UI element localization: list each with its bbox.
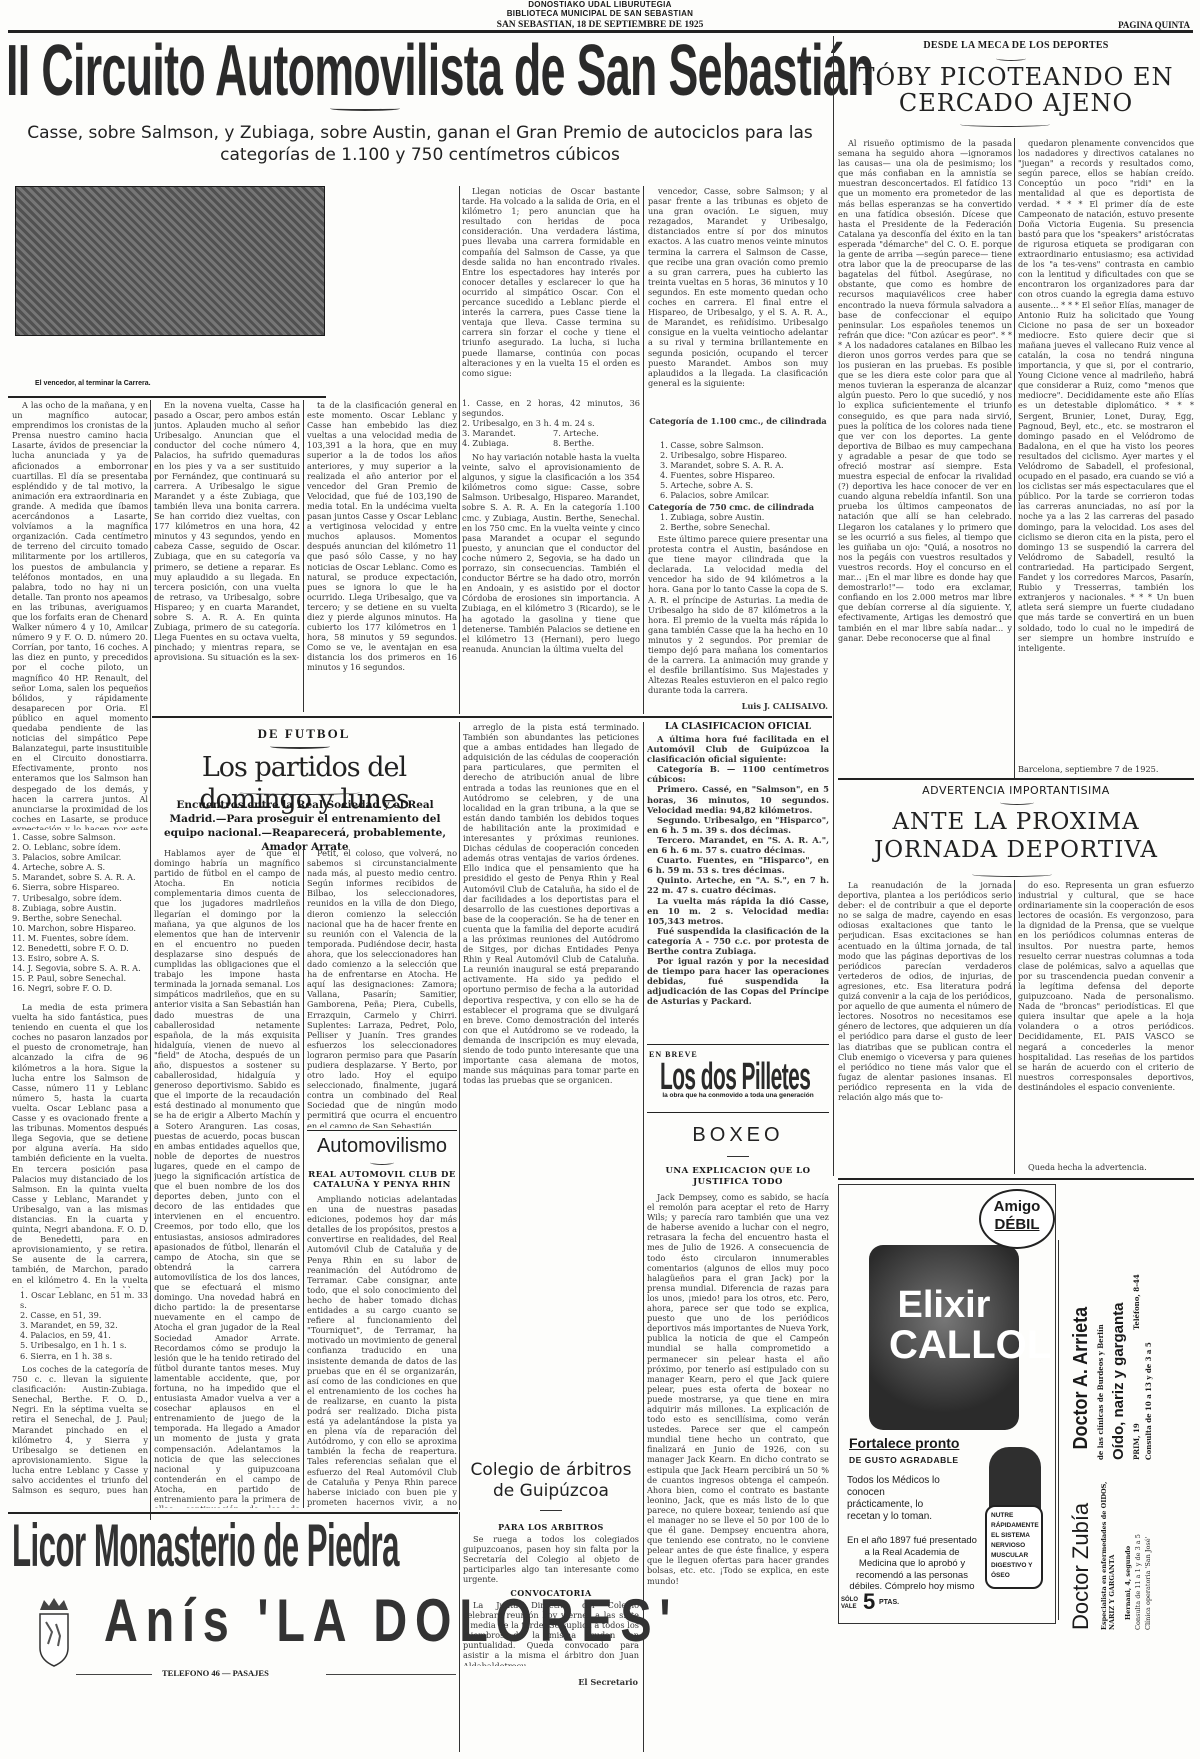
section-rule: [8, 396, 326, 398]
ornament-divider: [330, 106, 400, 111]
list-item: 7. Uribesalgo, sobre ídem.: [12, 893, 148, 903]
column-divider: [150, 400, 151, 1520]
list-item: 1. Oscar Leblanc, en 51 m. 33 s.: [20, 1290, 148, 1310]
column-divider: [303, 848, 304, 1508]
ad-rule: [326, 1674, 456, 1675]
list-item: 6. Sierra, sobre Hispareo.: [12, 882, 148, 892]
doctor-zubia-name: Doctor Zubía: [1068, 1480, 1094, 1630]
article-text: En la novena vuelta, Casse ha pasado a O…: [154, 400, 300, 662]
list-item: 9. Berthe, sobre Senechal.: [12, 913, 148, 923]
ornament-divider: [240, 790, 360, 795]
clasificacion-title: LA CLASIFICACION OFICIAL: [647, 722, 829, 732]
section-rule: [307, 1130, 457, 1131]
article-text: La reanudación de la jornada deportiva, …: [838, 880, 1012, 1102]
article-text: Por igual razón y por la necesidad de ti…: [647, 956, 829, 1006]
circuito-headline: II Circuito Automovilista de San Sebasti…: [6, 36, 831, 106]
result-item: Cuarto. Fuentes, en "Hisparco", en 6 h. …: [647, 855, 829, 875]
ornament-divider: [972, 872, 1052, 877]
column-divider: [1014, 138, 1015, 778]
list-item: 1. Casse, sobre Salmson.: [660, 440, 828, 450]
advertencia-column-a: La reanudación de la jornada deportiva, …: [838, 880, 1012, 1174]
clasificacion-body: A última hora fué facilitada en el Autom…: [647, 734, 829, 1086]
article-text: La Junta Directiva del Colegio celebrará…: [463, 1600, 639, 1666]
arbitros-body-2: La Junta Directiva del Colegio celebrará…: [463, 1600, 639, 1666]
article-text: vencedor, Casse, sobre Salmson; y al pas…: [648, 186, 828, 388]
list-item: 8. Zubiaga, sobre Austin.: [12, 903, 148, 913]
article-text: Ampliando noticias adelantadas en una de…: [307, 1194, 457, 1508]
result-item: Tercero. Marandet, en "S. A. R. A.", en …: [647, 835, 829, 855]
automovilismo-kicker: REAL AUTOMOVIL CLUB DE CATALUÑA Y PENYA …: [307, 1170, 457, 1190]
elixir-fortalece: Fortalece pronto: [849, 1435, 959, 1451]
column-divider: [1014, 880, 1015, 1174]
doctor-arrieta-phone: Teléfono, 8-44: [1132, 1250, 1141, 1330]
photo-caption: El vencedor, al terminar la Carrera.: [35, 380, 151, 387]
list-item: 9. Palacios.: [553, 448, 640, 450]
article-text: Se ruega a todos los colegiados guipuzco…: [463, 1534, 639, 1584]
library-name-spanish: BIBLIOTECA MUNICIPAL DE SAN SEBASTIAN: [0, 9, 1200, 18]
article-text: A las ocho de la mañana, y en un magnífi…: [12, 400, 148, 830]
toby-signoff: Barcelona, septiembre 7 de 1925.: [1018, 764, 1194, 774]
section-rule: [152, 716, 832, 718]
bubble-text-debil: DÉBIL: [981, 1217, 1053, 1233]
section-rule: [838, 778, 1194, 780]
column-divider: [303, 400, 304, 712]
elixir-callol-ad: Amigo DÉBIL Elixir CALLOL Fortalece pron…: [838, 1184, 1056, 1624]
page-number: PAGINA QUINTA: [1118, 20, 1190, 30]
list-item: 2. Casse, en 51, 39.: [20, 1310, 148, 1320]
doctor-zubia-clinic: Clínica operatoria 'San José': [1144, 1480, 1152, 1630]
list-item: 3. Marandet.: [462, 428, 549, 438]
ornament-divider: [1000, 800, 1034, 805]
automovilismo-column: Ampliando noticias adelantadas en una de…: [307, 1194, 457, 1508]
circuito-subhead: Casse, sobre Salmson, y Zubiaga, sobre A…: [10, 122, 830, 166]
arbitros-kicker-2: CONVOCATORIA: [463, 1588, 639, 1598]
elixir-price-label: SÓLO VALE: [841, 1597, 863, 1611]
en-breve-title: Los dos Pilletes: [660, 1058, 810, 1096]
list-item: 11. M. Fuentes, sobre ídem.: [12, 933, 148, 943]
toby-headline: TÓBY PICOTEANDO EN CERCADO AJENO: [838, 64, 1194, 116]
list-item: 5. Uribesalgo, en 1 h. 1 s.: [20, 1340, 148, 1350]
doctor-arrieta-name: Doctor A. Arrieta: [1070, 1261, 1093, 1450]
circuito-column-a-top: A las ocho de la mañana, y en un magnífi…: [12, 400, 148, 830]
futbol-column-a: Hablamos ayer de que el domingo habría u…: [154, 848, 300, 1508]
elixir-price-unit: PTAS.: [879, 1599, 899, 1606]
ad-rule: [76, 1674, 152, 1675]
article-text: do eso. Representa un gran esfuerzo indu…: [1018, 880, 1194, 1092]
list-item: 4. Palacios, en 59, 41.: [20, 1330, 148, 1340]
section-rule: [838, 1178, 1194, 1180]
list-item: 6. Palacios, sobre Amilcar.: [660, 490, 828, 500]
article-text: Fué suspendida la clasificación de la ca…: [647, 926, 829, 956]
toby-kicker: DESDE LA MECA DE LOS DEPORTES: [838, 40, 1194, 51]
futbol-subhead: Encuentros entre la Real Sociedad y el R…: [154, 798, 456, 854]
licor-ad-phone: TELEFONO 46 — PASAJES: [162, 1668, 269, 1678]
class-750-title: Categoría de 750 cmc. de cilindrada: [648, 502, 828, 512]
list-item: 2. Berthe, sobre Senechal.: [660, 522, 828, 532]
futbol-column-b: Petit, el coloso, que volverá, no sabemo…: [307, 848, 457, 1128]
circuito-column-c-top: Llegan noticias de Oscar bastante tarde.…: [462, 186, 640, 398]
advertencia-column-b: do eso. Representa un gran esfuerzo indu…: [1018, 880, 1194, 1162]
toby-column-a: Al risueño optimismo de la pasada semana…: [838, 138, 1012, 774]
elixir-gusto: DE GUSTO AGRADABLE: [849, 1455, 959, 1465]
list-item: 16. Negri, sobre F. O. D.: [12, 983, 148, 993]
circuito-column-b1: En la novena vuelta, Casse ha pasado a O…: [154, 400, 300, 712]
short-rule: [540, 1510, 562, 1511]
lap6-list: 1. Oscar Leblanc, en 51 m. 33 s. 2. Cass…: [20, 1290, 148, 1362]
list-item: 14. J. Segovia, sobre S. A. R. A.: [12, 963, 148, 973]
article-text: Categoría B. — 1100 centímetros cúbicos:: [647, 764, 829, 784]
boxeo-subhead: UNA EXPLICACION QUE LO JUSTIFICA TODO: [650, 1166, 826, 1188]
column-divider: [459, 186, 460, 714]
article-text: Petit, el coloso, que volverá, no sabemo…: [307, 848, 457, 1128]
list-item: 2. Uribesalgo, sobre Hispareo.: [660, 450, 828, 460]
list-item: 5. Marandet, sobre S. A. R. A.: [12, 872, 148, 882]
list-item: 8. Berthe.: [553, 438, 640, 448]
column-divider: [459, 722, 460, 1510]
elixir-price: 5: [863, 1589, 875, 1615]
doctor-arrieta-address: PRIM, 19: [1132, 1380, 1141, 1460]
list-item: 7. Arteche.: [553, 428, 640, 438]
result-item: Segundo. Uribesalgo, en "Hisparco", en 6…: [647, 815, 829, 835]
article-text: Hablamos ayer de que el domingo habría u…: [154, 848, 300, 1508]
section-rule: [647, 1112, 829, 1113]
coat-of-arms-icon: [36, 1596, 72, 1668]
lap1-list: 1. Casse, sobre Salmson. 2. O. Leblanc, …: [12, 832, 148, 1000]
list-item: 5. Arteche, sobre A. S.: [660, 480, 828, 490]
elixir-history-text: En el año 1897 fué presentado a la Real …: [847, 1535, 977, 1593]
bubble-text-amigo: Amigo: [981, 1197, 1053, 1217]
en-breve-caption: la obra que ha conmovido a toda una gene…: [647, 1092, 829, 1100]
doctor-arrieta-ad: Doctor A. Arrieta de las clínicas de Bur…: [1064, 1240, 1194, 1460]
toby-column-b: quedaron plenamente convencidos que los …: [1018, 138, 1194, 762]
advertencia-headline: ANTE LA PROXIMA JORNADA DEPORTIVA: [838, 808, 1194, 864]
speech-bubble: Amigo DÉBIL: [979, 1189, 1055, 1249]
section-rule: [647, 1044, 829, 1045]
doctor-arrieta-specialty: Oído, nariz y garganta: [1110, 1250, 1127, 1460]
list-item: 10. Marchon, sobre Hispareo.: [12, 923, 148, 933]
class-1100-title: Categoría de 1.100 cmc., de cilindrada: [648, 416, 828, 438]
lap15-list: 1. Casse, en 2 horas, 42 minutos, 36 seg…: [462, 398, 640, 450]
automovilismo-headline: Automovilismo: [307, 1134, 457, 1158]
list-item: 15. P. Paul, sobre Senechal.: [12, 973, 148, 983]
list-item: 1. Zubiaga, sobre Austin.: [660, 512, 828, 522]
circuito-column-c-bottom: No hay variación notable hasta la vuelta…: [462, 452, 640, 712]
circuito-column-b2: ta de la clasificación general en este m…: [307, 400, 457, 712]
arbitros-body-1: Se ruega a todos los colegiados guipuzco…: [463, 1534, 639, 1584]
article-text: quedaron plenamente convencidos que los …: [1018, 138, 1194, 653]
arbitros-kicker-1: PARA LOS ARBITROS: [463, 1522, 639, 1532]
class-1100-list: 1. Casse, sobre Salmson. 2. Uribesalgo, …: [660, 440, 828, 502]
arbitros-signoff: El Secretario: [560, 1677, 638, 1687]
article-text: La media de esta primera vuelta ha sido …: [12, 1002, 148, 1288]
article-text: Llegan noticias de Oscar bastante tarde.…: [462, 186, 640, 378]
ornament-divider: [996, 56, 1026, 61]
ornament-divider: [960, 122, 1050, 127]
circuito-column-d-top: vencedor, Casse, sobre Salmson; y al pas…: [648, 186, 828, 406]
article-text: Jack Dempsey, como es sabido, se hacía e…: [647, 1192, 829, 1586]
article-text: Los coches de la categoría de 750 c. c. …: [12, 1364, 148, 1494]
circuito-column-a-mid: La media de esta primera vuelta ha sido …: [12, 1002, 148, 1288]
column-divider: [459, 1512, 460, 1752]
elixir-name-line2: CALLOL: [889, 1325, 999, 1365]
result-item: Primero. Cassé, en "Salmson", en 5 horas…: [647, 784, 829, 814]
circuito-column-d-bottom: Este último parece quiere presentar una …: [648, 534, 828, 700]
article-text: No hay variación notable hasta la vuelta…: [462, 452, 640, 654]
doctor-zubia-address: Hernani, 4, segundo: [1124, 1500, 1132, 1620]
list-item: 6. Sierra, en 1 h. 38 s.: [20, 1351, 148, 1361]
boxeo-column: Jack Dempsey, como es sabido, se hacía e…: [647, 1192, 829, 1754]
result-item: Quinto. Arteche, en "A. S.", en 7 h. 22 …: [647, 875, 829, 895]
article-text: Este último parece quiere presentar una …: [648, 534, 828, 696]
column-divider: [1058, 1240, 1059, 1620]
list-item: 13. Esiro, sobre A. S.: [12, 953, 148, 963]
winner-photo: [15, 186, 325, 336]
library-name-basque: DONOSTIAKO UDAL LIBURUTEGIA: [0, 0, 1200, 9]
article-text: A última hora fué facilitada en el Autom…: [647, 734, 829, 764]
advertencia-kicker: ADVERTENCIA IMPORTANTISIMA: [838, 784, 1194, 797]
article-text: Al risueño optimismo de la pasada semana…: [838, 138, 1012, 643]
list-item: 3. Marandet, sobre S. A. R. A.: [660, 460, 828, 470]
licor-ad-line1: Licor Monasterio de Piedra: [12, 1516, 399, 1576]
list-item: 1. Casse, en 2 horas, 42 minutos, 36 seg…: [462, 398, 640, 418]
list-item: 3. Marandet, en 59, 32.: [20, 1320, 148, 1330]
elixir-medicos-text: Todos los Médicos lo conocen prácticamen…: [847, 1475, 947, 1523]
short-rule: [727, 1156, 749, 1157]
column-divider: [643, 186, 644, 714]
class-750-list: 1. Zubiaga, sobre Austin. 2. Berthe, sob…: [660, 512, 828, 534]
list-item: 4. Zubiaga.: [462, 438, 549, 448]
article-text: La vuelta más rápida la dió Casse, en 10…: [647, 896, 829, 926]
arbitros-headline: Colegio de árbitros de Guipúzcoa: [463, 1460, 639, 1502]
list-item: 5. Fuentes.: [462, 448, 549, 450]
list-item: 1. Casse, sobre Salmson.: [12, 832, 148, 842]
autodromo-column: arreglo de la pista está terminado. Tamb…: [463, 722, 639, 1508]
elixir-nutre-box: NUTRE RÁPIDAMENTE EL SISTEMA NERVIOSO MU…: [985, 1505, 1043, 1589]
list-item: 3. Palacios, sobre Amilcar.: [12, 852, 148, 862]
advertencia-signoff: Queda hecha la advertencia.: [1028, 1162, 1194, 1172]
doctor-zubia-ad: Doctor Zubía Especialista en enfermedade…: [1064, 1480, 1194, 1660]
doctor-zubia-specialty: Especialista en enfermedades de OIDOS, N…: [1100, 1480, 1120, 1630]
doctor-arrieta-sub: de las clínicas de Burdeos y Berlín: [1096, 1250, 1105, 1460]
list-item: 2. Uribesalgo, en 3 h. 4 m. 24 s.: [462, 418, 640, 428]
article-text: arreglo de la pista está terminado. Tamb…: [463, 722, 639, 1085]
list-item: 2. O. Leblanc, sobre ídem.: [12, 842, 148, 852]
list-item: 7. Paul, en 1 h. 48 m.: [20, 1361, 148, 1362]
doctor-zubia-hours: Consulta de 11 a 1 y de 3 a 5: [1134, 1480, 1142, 1630]
elixir-name-line1: Elixir: [889, 1285, 999, 1325]
doctor-arrieta-hours: Consulta de 10 a 13 y de 3 a 5: [1144, 1250, 1153, 1460]
ornament-divider: [370, 1160, 394, 1165]
elixir-name: Elixir CALLOL: [889, 1285, 999, 1365]
boxeo-title: BOXEO: [647, 1124, 829, 1147]
article-text: ta de la clasificación general en este m…: [307, 400, 457, 673]
author-signature: Luis J. CALISALVO.: [700, 701, 828, 711]
futbol-kicker: DE FUTBOL: [154, 726, 454, 742]
ornament-divider: [270, 744, 330, 749]
circuito-column-a-bottom: Los coches de la categoría de 750 c. c. …: [12, 1364, 148, 1494]
column-divider: [833, 36, 834, 1176]
list-item: 4. Arteche, sobre A. S.: [12, 862, 148, 872]
list-item: 4. Fuentes, sobre Hispareo.: [660, 470, 828, 480]
list-item: 12. Benedetti, sobre F. O. D.: [12, 943, 148, 953]
